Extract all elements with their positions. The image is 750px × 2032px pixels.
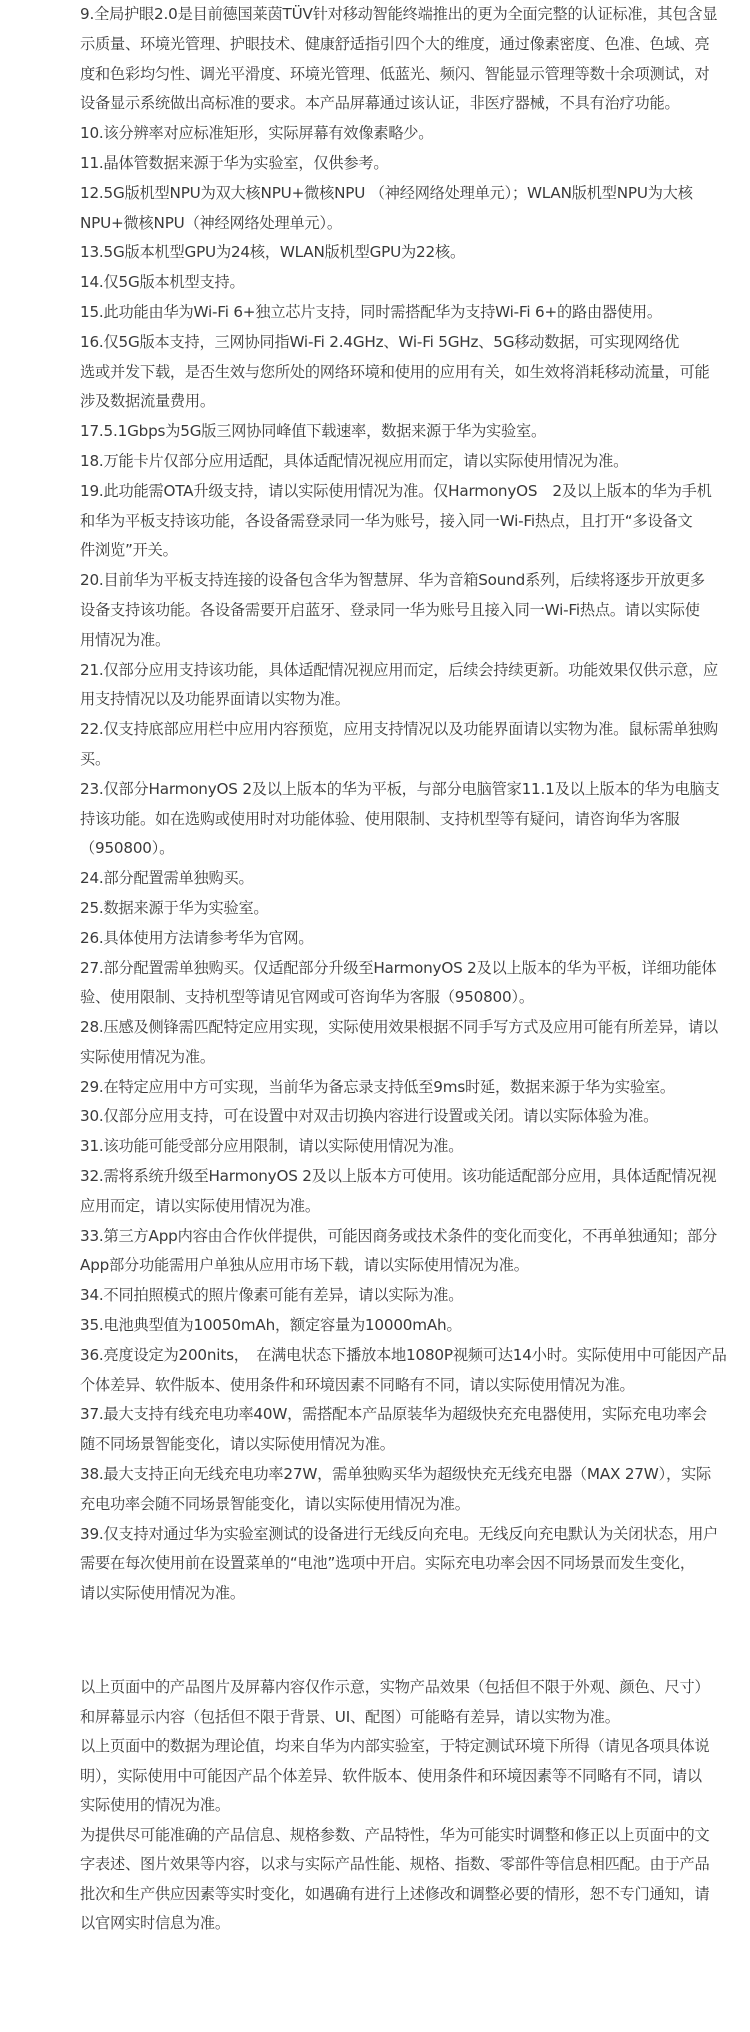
footnote-item: 26.具体使用方法请参考华为官网。 (80, 924, 680, 954)
footnote-item: 21.仅部分应用支持该功能，具体适配情况视应用而定，后续会持续更新。功能效果仅供… (80, 656, 680, 716)
footnote-item: 24.部分配置需单独购买。 (80, 864, 680, 894)
footnote-item-line: 14.仅5G版本机型支持。 (80, 268, 680, 298)
footnotes-page: 9.全局护眼2.0是目前德国莱茵TÜV针对移动智能终端推出的更为全面完整的认证标… (80, 0, 680, 1939)
footnote-item-line: 32.需将系统升级至HarmonyOS 2及以上版本方可使用。该功能适配部分应用… (80, 1162, 680, 1192)
disclaimer-paragraph-line: 实际使用的情况为准。 (80, 1791, 680, 1821)
footnote-item-line: 30.仅部分应用支持，可在设置中对双击切换内容进行设置或关闭。请以实际体验为准。 (80, 1102, 680, 1132)
footnote-item-line: 用支持情况以及功能界面请以实物为准。 (80, 685, 680, 715)
footnote-item: 27.部分配置需单独购买。仅适配部分升级至HarmonyOS 2及以上版本的华为… (80, 954, 680, 1014)
footnote-item-line: 9.全局护眼2.0是目前德国莱茵TÜV针对移动智能终端推出的更为全面完整的认证标… (80, 0, 680, 30)
footnote-list: 9.全局护眼2.0是目前德国莱茵TÜV针对移动智能终端推出的更为全面完整的认证标… (80, 0, 680, 1609)
footnote-item: 32.需将系统升级至HarmonyOS 2及以上版本方可使用。该功能适配部分应用… (80, 1162, 680, 1222)
footnote-item-line: 买。 (80, 745, 680, 775)
footnote-item-line: 29.在特定应用中方可实现，当前华为备忘录支持低至9ms时延，数据来源于华为实验… (80, 1073, 680, 1103)
footnote-item-line: 验、使用限制、支持机型等请见官网或可咨询华为客服（950800）。 (80, 983, 680, 1013)
footnote-item: 36.亮度设定为200nits， 在满电状态下播放本地1080P视频可达14小时… (80, 1341, 680, 1401)
footnote-item-line: 20.目前华为平板支持连接的设备包含华为智慧屏、华为音箱Sound系列，后续将逐… (80, 566, 680, 596)
footnote-item-line: 13.5G版本机型GPU为24核，WLAN版机型GPU为22核。 (80, 238, 680, 268)
disclaimer-paragraph-line: 以上页面中的数据为理论值，均来自华为内部实验室，于特定测试环境下所得（请见各项具… (80, 1732, 680, 1762)
footnote-item: 30.仅部分应用支持，可在设置中对双击切换内容进行设置或关闭。请以实际体验为准。 (80, 1102, 680, 1132)
footnote-item-line: 设备显示系统做出高标准的要求。本产品屏幕通过该认证，非医疗器械，不具有治疗功能。 (80, 89, 680, 119)
footnote-item-line: 16.仅5G版本支持，三网协同指Wi-Fi 2.4GHz、Wi-Fi 5GHz、… (80, 328, 680, 358)
disclaimer-paragraph-line: 和屏幕显示内容（包括但不限于背景、UI、配图）可能略有差异，请以实物为准。 (80, 1703, 680, 1733)
footnote-item: 19.此功能需OTA升级支持，请以实际使用情况为准。仅HarmonyOS 2及以… (80, 477, 680, 566)
footnote-item-line: 36.亮度设定为200nits， 在满电状态下播放本地1080P视频可达14小时… (80, 1341, 680, 1371)
footnote-item-line: 示质量、环境光管理、护眼技术、健康舒适指引四个大的维度，通过像素密度、色准、色域… (80, 30, 680, 60)
footnote-item: 23.仅部分HarmonyOS 2及以上版本的华为平板，与部分电脑管家11.1及… (80, 775, 680, 864)
footnote-item-line: 10.该分辨率对应标准矩形，实际屏幕有效像素略少。 (80, 119, 680, 149)
footnote-item-line: 请以实际使用情况为准。 (80, 1579, 680, 1609)
disclaimer-paragraph: 以上页面中的数据为理论值，均来自华为内部实验室，于特定测试环境下所得（请见各项具… (80, 1732, 680, 1821)
footnote-item: 15.此功能由华为Wi-Fi 6+独立芯片支持，同时需搭配华为支持Wi-Fi 6… (80, 298, 680, 328)
footnote-item-line: 度和色彩均匀性、调光平滑度、环境光管理、低蓝光、频闪、智能显示管理等数十余项测试… (80, 60, 680, 90)
footnote-item-line: 34.不同拍照模式的照片像素可能有差异，请以实际为准。 (80, 1281, 680, 1311)
footnote-item: 17.5.1Gbps为5G版三网协同峰值下载速率，数据来源于华为实验室。 (80, 417, 680, 447)
footnote-item-line: 23.仅部分HarmonyOS 2及以上版本的华为平板，与部分电脑管家11.1及… (80, 775, 680, 805)
footnote-item-line: 35.电池典型值为10050mAh，额定容量为10000mAh。 (80, 1311, 680, 1341)
footnote-item-line: 25.数据来源于华为实验室。 (80, 894, 680, 924)
footnote-item-line: 涉及数据流量费用。 (80, 387, 680, 417)
footnote-item-line: 33.第三方App内容由合作伙伴提供，可能因商务或技术条件的变化而变化，不再单独… (80, 1222, 680, 1252)
footnote-item-line: 24.部分配置需单独购买。 (80, 864, 680, 894)
footnote-item-line: 38.最大支持正向无线充电功率27W，需单独购买华为超级快充无线充电器（MAX … (80, 1460, 680, 1490)
footnote-item: 12.5G版机型NPU为双大核NPU+微核NPU （神经网络处理单元）；WLAN… (80, 179, 680, 239)
footnote-item: 10.该分辨率对应标准矩形，实际屏幕有效像素略少。 (80, 119, 680, 149)
footnote-item-line: 37.最大支持有线充电功率40W，需搭配本产品原装华为超级快充充电器使用，实际充… (80, 1400, 680, 1430)
footnote-item-line: 和华为平板支持该功能，各设备需登录同一华为账号，接入同一Wi-Fi热点，且打开“… (80, 507, 680, 537)
footnote-item: 22.仅支持底部应用栏中应用内容预览，应用支持情况以及功能界面请以实物为准。鼠标… (80, 715, 680, 775)
footnote-item-line: 27.部分配置需单独购买。仅适配部分升级至HarmonyOS 2及以上版本的华为… (80, 954, 680, 984)
disclaimer-paragraph-line: 以官网实时信息为准。 (80, 1909, 680, 1939)
disclaimer-paragraph-line: 字表述、图片效果等内容，以求与实际产品性能、规格、指数、零部件等信息相匹配。由于… (80, 1850, 680, 1880)
footnote-item-line: 充电功率会随不同场景智能变化，请以实际使用情况为准。 (80, 1490, 680, 1520)
footnote-item-line: （950800）。 (80, 834, 680, 864)
footnote-item-line: 19.此功能需OTA升级支持，请以实际使用情况为准。仅HarmonyOS 2及以… (80, 477, 680, 507)
footnote-item-line: 18.万能卡片仅部分应用适配，具体适配情况视应用而定，请以实际使用情况为准。 (80, 447, 680, 477)
footnote-item: 34.不同拍照模式的照片像素可能有差异，请以实际为准。 (80, 1281, 680, 1311)
footnote-item-line: NPU+微核NPU（神经网络处理单元）。 (80, 209, 680, 239)
footnote-item-line: 28.压感及侧锋需匹配特定应用实现，实际使用效果根据不同手写方式及应用可能有所差… (80, 1013, 680, 1043)
footnote-item-line: 设备支持该功能。各设备需要开启蓝牙、登录同一华为账号且接入同一Wi-Fi热点。请… (80, 596, 680, 626)
footnote-item-line: 件浏览”开关。 (80, 536, 680, 566)
footnote-item-line: 17.5.1Gbps为5G版三网协同峰值下载速率，数据来源于华为实验室。 (80, 417, 680, 447)
footnote-item-line: 选或并发下载，是否生效与您所处的网络环境和使用的应用有关，如生效将消耗移动流量，… (80, 358, 680, 388)
disclaimer-section: 以上页面中的产品图片及屏幕内容仅作示意，实物产品效果（包括但不限于外观、颜色、尺… (80, 1673, 680, 1939)
footnote-item: 29.在特定应用中方可实现，当前华为备忘录支持低至9ms时延，数据来源于华为实验… (80, 1073, 680, 1103)
footnote-item: 14.仅5G版本机型支持。 (80, 268, 680, 298)
footnote-item-line: 21.仅部分应用支持该功能，具体适配情况视应用而定，后续会持续更新。功能效果仅供… (80, 656, 680, 686)
disclaimer-paragraph-line: 为提供尽可能准确的产品信息、规格参数、产品特性，华为可能实时调整和修正以上页面中… (80, 1821, 680, 1851)
disclaimer-paragraph-line: 批次和生产供应因素等实时变化，如遇确有进行上述修改和调整必要的情形，恕不专门通知… (80, 1880, 680, 1910)
footnote-item: 39.仅支持对通过华为实验室测试的设备进行无线反向充电。无线反向充电默认为关闭状… (80, 1520, 680, 1609)
footnote-item-line: 随不同场景智能变化，请以实际使用情况为准。 (80, 1430, 680, 1460)
footnote-item: 16.仅5G版本支持，三网协同指Wi-Fi 2.4GHz、Wi-Fi 5GHz、… (80, 328, 680, 417)
footnote-item: 28.压感及侧锋需匹配特定应用实现，实际使用效果根据不同手写方式及应用可能有所差… (80, 1013, 680, 1073)
footnote-item-line: 31.该功能可能受部分应用限制，请以实际使用情况为准。 (80, 1132, 680, 1162)
footnote-item: 35.电池典型值为10050mAh，额定容量为10000mAh。 (80, 1311, 680, 1341)
footnote-item: 18.万能卡片仅部分应用适配，具体适配情况视应用而定，请以实际使用情况为准。 (80, 447, 680, 477)
footnote-item: 25.数据来源于华为实验室。 (80, 894, 680, 924)
footnote-item-line: 26.具体使用方法请参考华为官网。 (80, 924, 680, 954)
disclaimer-paragraph-line: 以上页面中的产品图片及屏幕内容仅作示意，实物产品效果（包括但不限于外观、颜色、尺… (80, 1673, 680, 1703)
footnote-item-line: App部分功能需用户单独从应用市场下载，请以实际使用情况为准。 (80, 1251, 680, 1281)
footnote-item-line: 实际使用情况为准。 (80, 1043, 680, 1073)
footnote-item: 13.5G版本机型GPU为24核，WLAN版机型GPU为22核。 (80, 238, 680, 268)
footnote-item: 20.目前华为平板支持连接的设备包含华为智慧屏、华为音箱Sound系列，后续将逐… (80, 566, 680, 655)
footnote-item-line: 11.晶体管数据来源于华为实验室，仅供参考。 (80, 149, 680, 179)
footnote-item-line: 个体差异、软件版本、使用条件和环境因素不同略有不同，请以实际使用情况为准。 (80, 1371, 680, 1401)
disclaimer-paragraph: 为提供尽可能准确的产品信息、规格参数、产品特性，华为可能实时调整和修正以上页面中… (80, 1821, 680, 1939)
footnote-item-line: 12.5G版机型NPU为双大核NPU+微核NPU （神经网络处理单元）；WLAN… (80, 179, 680, 209)
footnote-item-line: 需要在每次使用前在设置菜单的“电池”选项中开启。实际充电功率会因不同场景而发生变… (80, 1549, 680, 1579)
footnote-item: 38.最大支持正向无线充电功率27W，需单独购买华为超级快充无线充电器（MAX … (80, 1460, 680, 1520)
footnote-item-line: 用情况为准。 (80, 626, 680, 656)
footnote-item: 31.该功能可能受部分应用限制，请以实际使用情况为准。 (80, 1132, 680, 1162)
disclaimer-paragraph-line: 明），实际使用中可能因产品个体差异、软件版本、使用条件和环境因素等不同略有不同，… (80, 1762, 680, 1792)
footnote-item-line: 22.仅支持底部应用栏中应用内容预览，应用支持情况以及功能界面请以实物为准。鼠标… (80, 715, 680, 745)
footnote-item-line: 持该功能。如在选购或使用时对功能体验、使用限制、支持机型等有疑问，请咨询华为客服 (80, 805, 680, 835)
footnote-item: 11.晶体管数据来源于华为实验室，仅供参考。 (80, 149, 680, 179)
footnote-item-line: 15.此功能由华为Wi-Fi 6+独立芯片支持，同时需搭配华为支持Wi-Fi 6… (80, 298, 680, 328)
footnote-item: 37.最大支持有线充电功率40W，需搭配本产品原装华为超级快充充电器使用，实际充… (80, 1400, 680, 1460)
footnote-item: 33.第三方App内容由合作伙伴提供，可能因商务或技术条件的变化而变化，不再单独… (80, 1222, 680, 1282)
disclaimer-paragraph: 以上页面中的产品图片及屏幕内容仅作示意，实物产品效果（包括但不限于外观、颜色、尺… (80, 1673, 680, 1732)
footnote-item: 9.全局护眼2.0是目前德国莱茵TÜV针对移动智能终端推出的更为全面完整的认证标… (80, 0, 680, 119)
footnote-item-line: 应用而定，请以实际使用情况为准。 (80, 1192, 680, 1222)
footnote-item-line: 39.仅支持对通过华为实验室测试的设备进行无线反向充电。无线反向充电默认为关闭状… (80, 1520, 680, 1550)
